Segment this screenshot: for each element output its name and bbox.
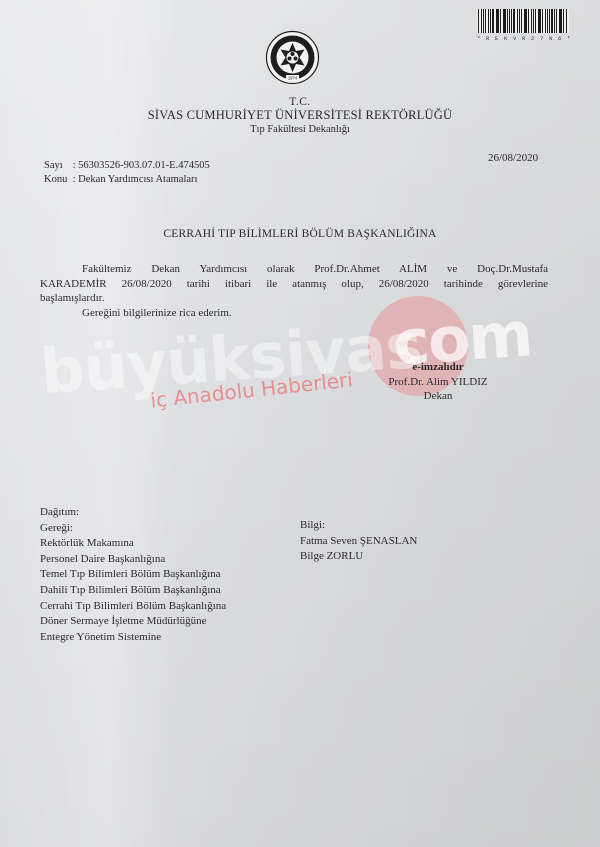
signature-block: e-imzalıdır Prof.Dr. Alim YILDIZ Dekan: [378, 360, 498, 404]
distribution-item: Cerrahi Tıp Bilimleri Bölüm Başkanlığına: [40, 599, 226, 615]
letterhead-faculty: Tıp Fakültesi Dekanlığı: [0, 124, 600, 135]
konu-label: Konu: [44, 174, 70, 185]
university-seal-icon: 1974: [265, 30, 320, 85]
barcode-number: * R E K V R 2 7 N 6 *: [477, 35, 569, 42]
reference-number: Sayı : 56303526-903.07.01-E.474505: [44, 160, 210, 171]
barcode-bars: [477, 9, 569, 33]
body-line-1: Fakültemiz Dekan Yardımcısı olarak Prof.…: [40, 262, 548, 277]
distribution-title: Dağıtım:: [40, 505, 226, 521]
distribution-item: Personel Daire Başkanlığına: [40, 552, 226, 568]
distribution-item: Entegre Yönetim Sistemine: [40, 630, 226, 646]
body-line-4: Gereğini bilgilerinize rica ederim.: [40, 306, 548, 321]
body-line-2: KARADEMİR 26/08/2020 tarihi itibari ile …: [40, 277, 548, 292]
letter-body: Fakültemiz Dekan Yardımcısı olarak Prof.…: [40, 262, 548, 320]
signer-name: Prof.Dr. Alim YILDIZ: [378, 375, 498, 390]
letterhead-university: SİVAS CUMHURİYET ÜNİVERSİTESİ REKTÖRLÜĞÜ: [0, 108, 600, 123]
distribution-item: Rektörlük Makamına: [40, 536, 226, 552]
addressee: CERRAHİ TIP BİLİMLERİ BÖLÜM BAŞKANLIĞINA: [0, 228, 600, 240]
distribution-item: Dahili Tıp Bilimleri Bölüm Başkanlığına: [40, 583, 226, 599]
konu-value: : Dekan Yardımcısı Atamaları: [73, 174, 198, 185]
document-date: 26/08/2020: [488, 152, 538, 164]
info-item: Fatma Seven ŞENASLAN: [300, 534, 417, 550]
signer-title: Dekan: [378, 389, 498, 404]
gereği-label: Gereği:: [40, 521, 226, 537]
e-signature-note: e-imzalıdır: [378, 360, 498, 375]
letterhead-tc: T.C.: [0, 96, 600, 108]
body-line-3: başlamışlardır.: [40, 291, 548, 306]
subject: Konu : Dekan Yardımcısı Atamaları: [44, 174, 197, 185]
sayi-label: Sayı: [44, 160, 70, 171]
barcode: * R E K V R 2 7 N 6 *: [477, 9, 569, 49]
sayi-value: : 56303526-903.07.01-E.474505: [73, 160, 210, 171]
info-list: Bilgi: Fatma Seven ŞENASLAN Bilge ZORLU: [300, 518, 417, 565]
distribution-list: Dağıtım: Gereği: Rektörlük Makamına Pers…: [40, 505, 226, 645]
distribution-item: Döner Sermaye İşletme Müdürlüğüne: [40, 614, 226, 630]
info-title: Bilgi:: [300, 518, 417, 534]
distribution-item: Temel Tıp Bilimleri Bölüm Başkanlığına: [40, 567, 226, 583]
info-item: Bilge ZORLU: [300, 549, 417, 565]
svg-text:1974: 1974: [288, 75, 298, 80]
